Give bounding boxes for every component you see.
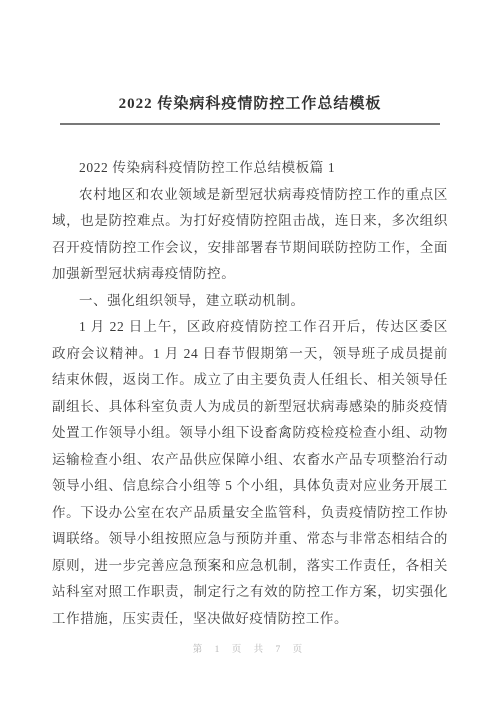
paragraph-subtitle: 2022 传染病科疫情防控工作总结模板篇 1: [52, 155, 448, 182]
document-body: 2022 传染病科疫情防控工作总结模板篇 1 农村地区和农业领域是新型冠状病毒疫…: [52, 155, 448, 632]
page-number-indicator: 第 1 页 共 7 页: [193, 645, 307, 655]
document-page: 2022 传染病科疫情防控工作总结模板 2022 传染病科疫情防控工作总结模板篇…: [0, 0, 500, 707]
title-divider: [60, 123, 440, 125]
paragraph-intro: 农村地区和农业领域是新型冠状病毒疫情防控工作的重点区域，也是防控难点。为打好疫情…: [52, 182, 448, 288]
document-header: 2022 传染病科疫情防控工作总结模板: [0, 0, 500, 125]
section-heading: 一、强化组织领导，建立联动机制。: [52, 288, 448, 315]
paragraph-section-body: 1 月 22 日上午，区政府疫情防控工作召开后，传达区委区政府会议精神。1 月 …: [52, 314, 448, 632]
document-title: 2022 传染病科疫情防控工作总结模板: [0, 94, 500, 114]
page-footer: 第 1 页 共 7 页: [0, 641, 500, 655]
